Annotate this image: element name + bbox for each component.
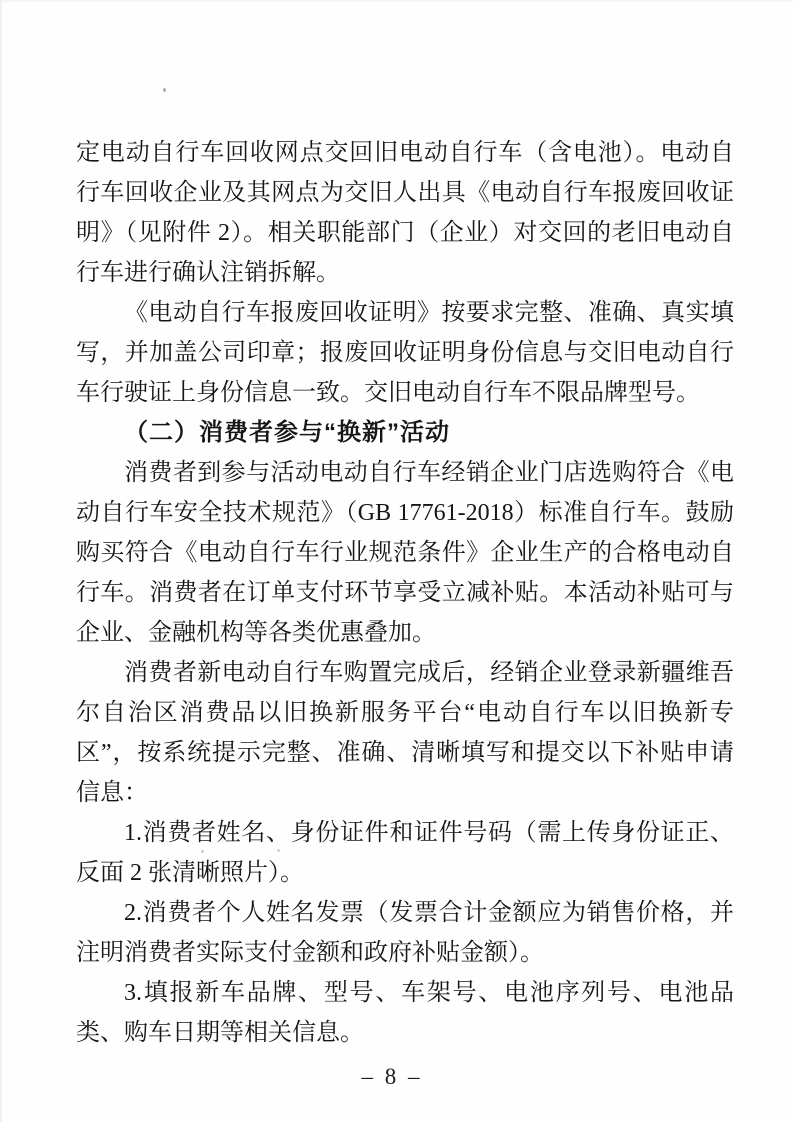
scan-speck <box>163 88 166 92</box>
page-number: – 8 – <box>0 1064 784 1090</box>
document-page: 定电动自行车回收网点交回旧电动自行车（含电池）。电动自行车回收企业及其网点为交旧… <box>0 0 793 1122</box>
list-item-vehicle-info: 3.填报新车品牌、型号、车架号、电池序列号、电池品类、购车日期等相关信息。 <box>76 973 734 1053</box>
list-item-identity-info: 1.消费者姓名、身份证件和证件号码（需上传身份证正、反面 2 张清晰照片）。 <box>76 813 734 893</box>
list-item-invoice-info: 2.消费者个人姓名发票（发票合计金额应为销售价格，并注明消费者实际支付金额和政府… <box>76 893 734 973</box>
paragraph-recycle-certificate: 《电动自行车报废回收证明》按要求完整、准确、真实填写，并加盖公司印章；报废回收证… <box>76 293 734 413</box>
document-body: 定电动自行车回收网点交回旧电动自行车（含电池）。电动自行车回收企业及其网点为交旧… <box>76 133 734 1053</box>
paragraph-purchase-standards: 消费者到参与活动电动自行车经销企业门店选购符合《电动自行车安全技术规范》（GB … <box>76 453 734 653</box>
paragraph-recycle-network: 定电动自行车回收网点交回旧电动自行车（含电池）。电动自行车回收企业及其网点为交旧… <box>76 133 734 293</box>
paragraph-platform-submission: 消费者新电动自行车购置完成后，经销企业登录新疆维吾尔自治区消费品以旧换新服务平台… <box>76 653 734 813</box>
section-heading-consumer-participation: （二）消费者参与“换新”活动 <box>76 413 734 453</box>
